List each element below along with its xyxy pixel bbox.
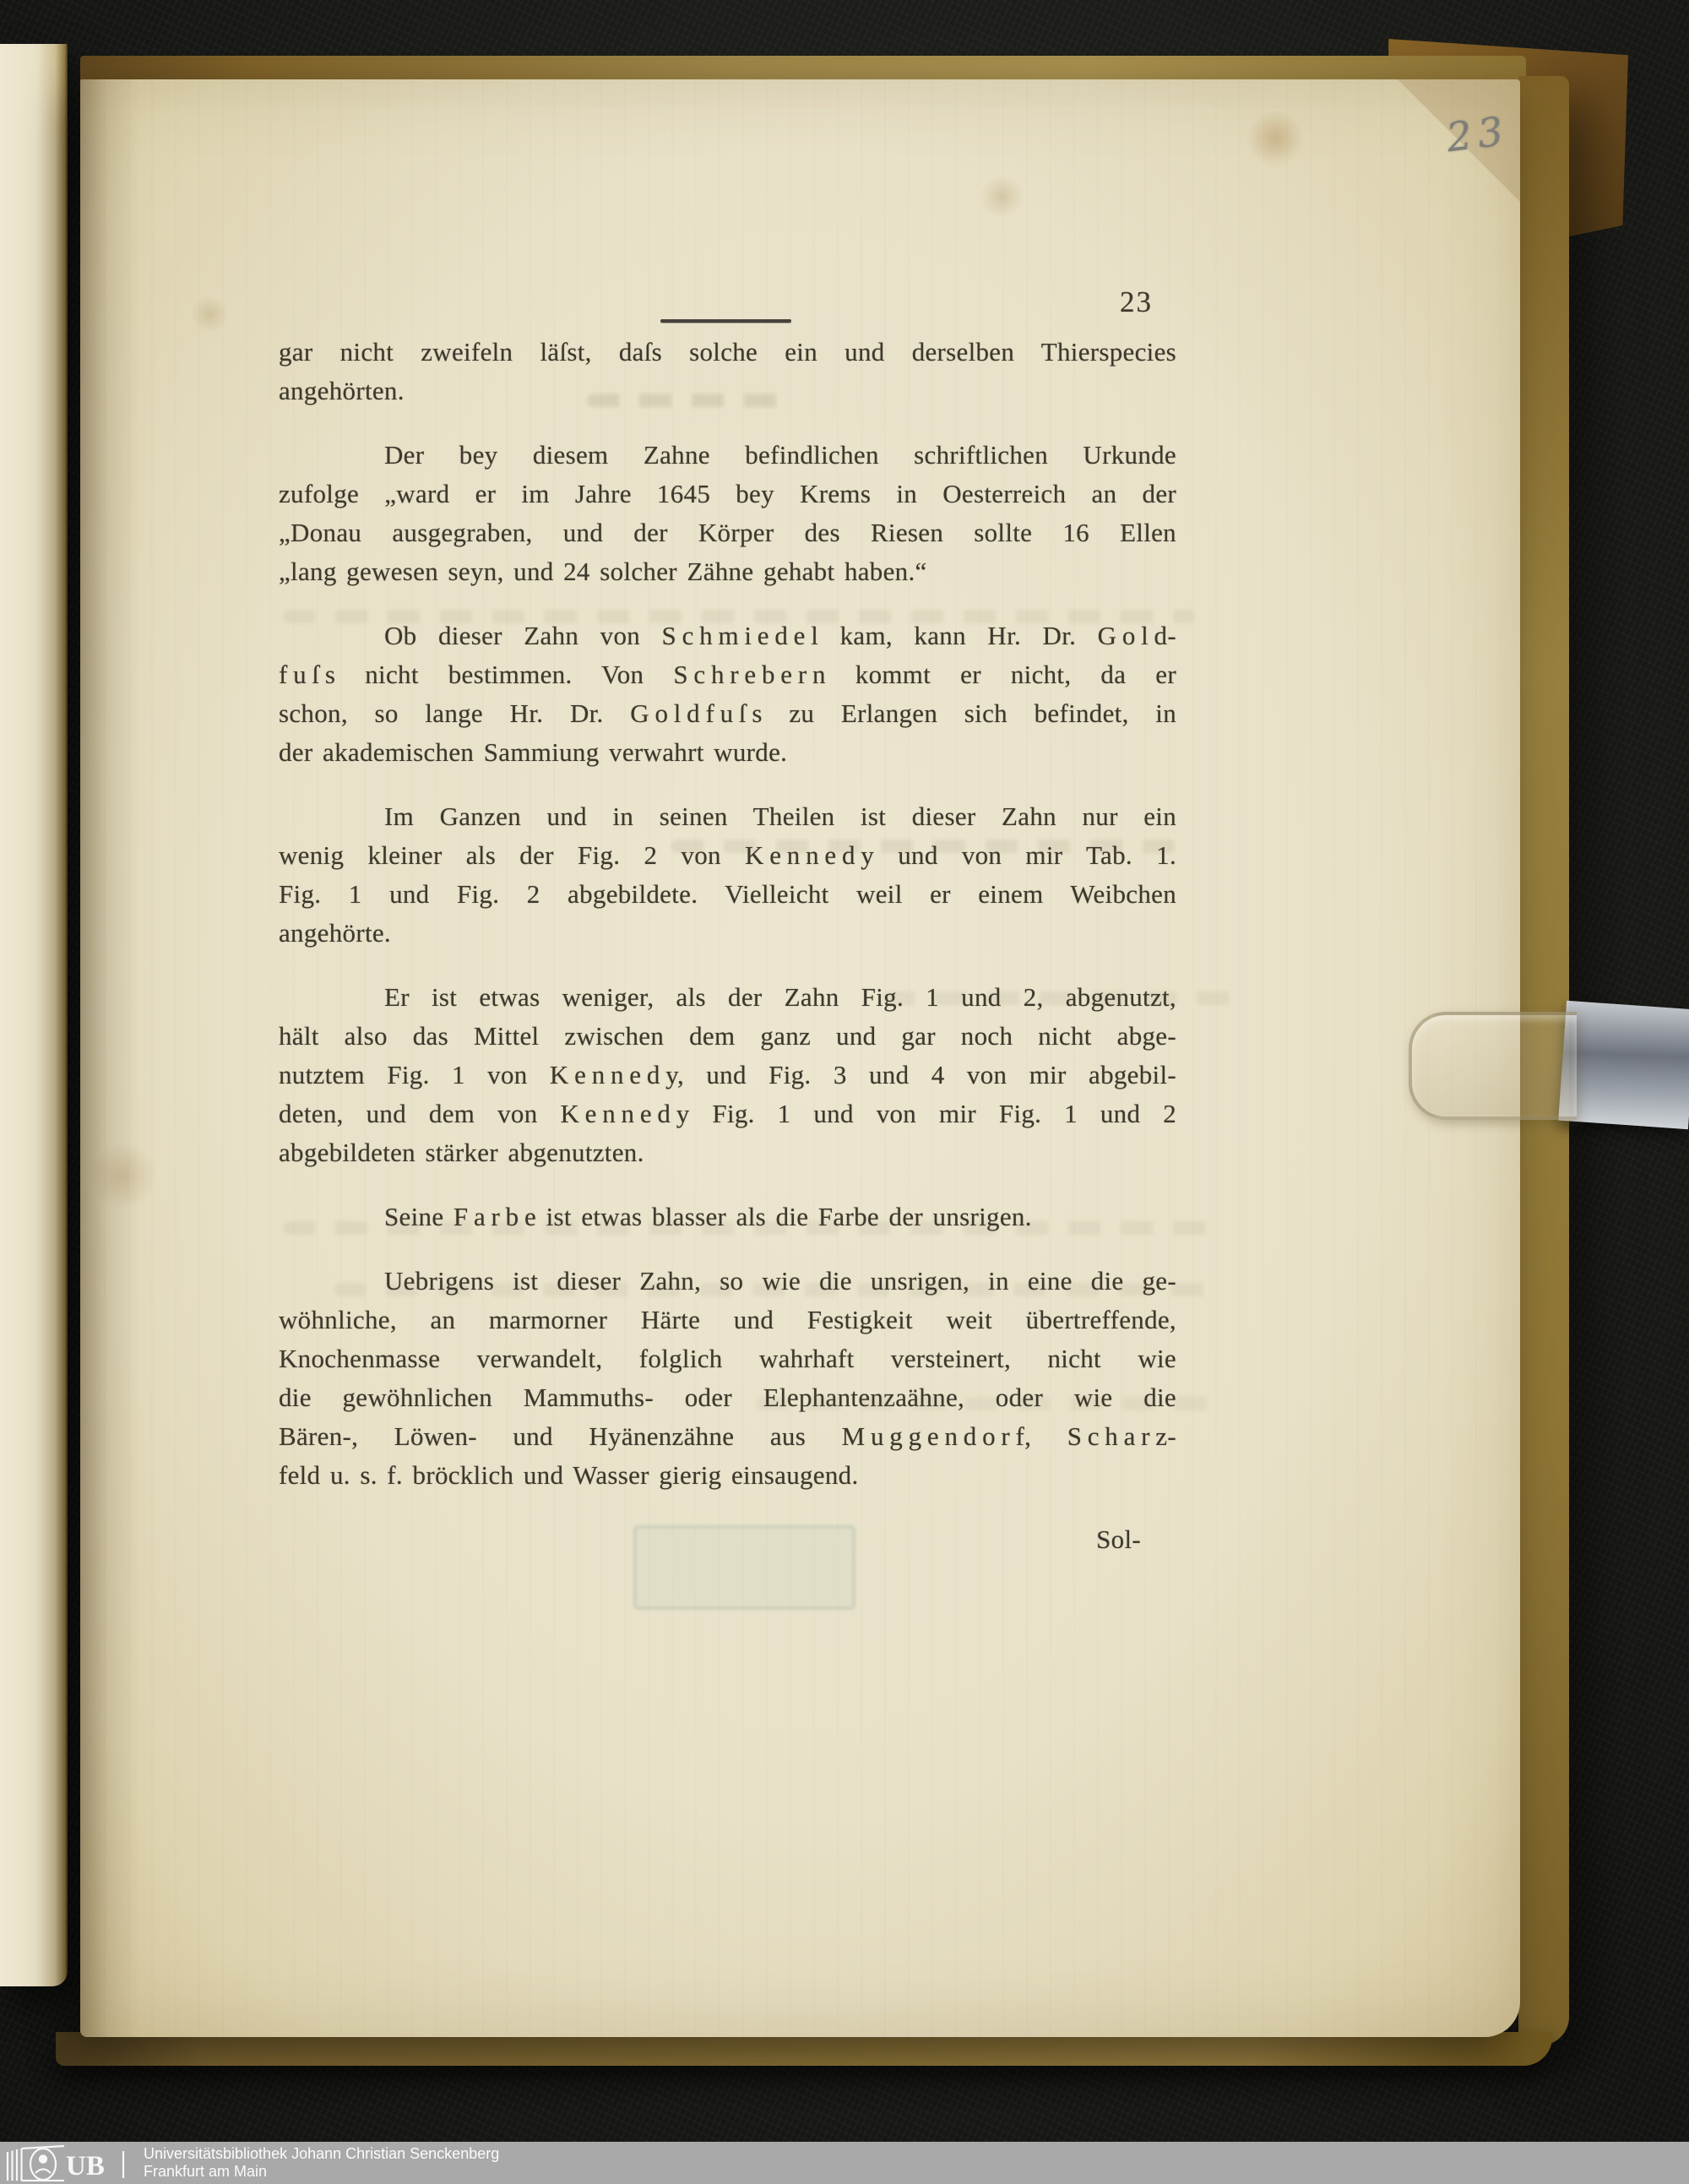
library-name: Universitätsbibliothek Johann Christian … [144,2145,499,2163]
text-line: abgebildeten stärker abgenutzten. [279,1133,1176,1172]
paragraph: gar nicht zweifeln läſst, daſs solche ei… [279,333,1176,410]
library-location: Frankfurt am Main [144,2163,499,2181]
text-line: angehörte. [279,914,1176,953]
logo-pages-lines [8,2149,22,2181]
paragraph: Der bey diesem Zahne befindlichen schrif… [279,436,1176,591]
page-stack-edge-bottom [56,2032,1552,2066]
gutter-shadow [80,79,139,2037]
paragraph: Uebrigens ist dieser Zahn, so wie die un… [279,1262,1176,1495]
text-line: f u ſ s nicht bestimmen. Von S c h r e b… [279,655,1176,694]
ub-logo-text: UB [66,2151,105,2181]
text-line: angehörten. [279,372,1176,410]
portrait-head [39,2154,47,2163]
book-page: 23 23 gar nicht zweifeln läſst, daſs sol… [80,79,1520,2037]
text-line: Ob dieser Zahn von S c h m i e d e l kam… [279,617,1176,655]
text-line: Im Ganzen und in seinen Theilen ist dies… [279,797,1176,836]
paragraph: Im Ganzen und in seinen Theilen ist dies… [279,797,1176,953]
text-line: Knochenmasse verwandelt, folglich wahrha… [279,1339,1176,1378]
text-line: Bären-, Löwen- und Hyänenzähne aus M u g… [279,1417,1176,1456]
book-scan: 23 23 gar nicht zweifeln läſst, daſs sol… [0,0,1689,2184]
printed-page-number: 23 [1120,285,1153,319]
text-line: hält also das Mittel zwischen dem ganz u… [279,1017,1176,1056]
transparent-page-clip [1409,1012,1577,1120]
library-footer-bar: UB Universitätsbibliothek Johann Christi… [0,2142,1689,2184]
text-line: wenig kleiner als der Fig. 2 von K e n n… [279,836,1176,875]
catchword: Sol- [279,1520,1176,1559]
text-line: deten, und dem von K e n n e d y Fig. 1 … [279,1095,1176,1133]
text-line: die gewöhnlichen Mammuths- oder Elephant… [279,1378,1176,1417]
text-line: der akademischen Sammiung verwahrt wurde… [279,733,1176,772]
paragraph: Seine F a r b e ist etwas blasser als di… [279,1198,1176,1236]
page-holder-strap [1558,1001,1689,1129]
text-line: „Donau ausgegraben, und der Körper des R… [279,513,1176,552]
text-line: Seine F a r b e ist etwas blasser als di… [279,1198,1176,1236]
text-line: feld u. s. f. bröcklich und Wasser gieri… [279,1456,1176,1495]
text-line: Er ist etwas weniger, als der Zahn Fig. … [279,978,1176,1017]
header-rule [660,319,791,323]
paragraph: Er ist etwas weniger, als der Zahn Fig. … [279,978,1176,1172]
portrait-shoulders [35,2170,51,2174]
text-line: Fig. 1 und Fig. 2 abgebildete. Vielleich… [279,875,1176,914]
paragraph: Ob dieser Zahn von S c h m i e d e l kam… [279,617,1176,772]
facing-page-edge [0,44,68,1986]
handwritten-folio-number: 23 [1444,108,1512,162]
text-line: Der bey diesem Zahne befindlichen schrif… [279,436,1176,475]
text-line: zufolge „ward er im Jahre 1645 bey Krems… [279,475,1176,513]
page-header: 23 [279,282,1176,333]
text-line: wöhnliche, an marmorner Härte und Festig… [279,1301,1176,1339]
printed-text-block: 23 gar nicht zweifeln läſst, daſs solche… [279,282,1176,1559]
ub-logo: UB [5,2144,132,2181]
text-line: schon, so lange Hr. Dr. G o l d f u ſ s … [279,694,1176,733]
text-line: „lang gewesen seyn, und 24 solcher Zähne… [279,552,1176,591]
text-line: Uebrigens ist dieser Zahn, so wie die un… [279,1262,1176,1301]
text-line: nutztem Fig. 1 von K e n n e d y, und Fi… [279,1056,1176,1095]
portrait-oval [30,2149,56,2180]
text-line: gar nicht zweifeln läſst, daſs solche ei… [279,333,1176,372]
